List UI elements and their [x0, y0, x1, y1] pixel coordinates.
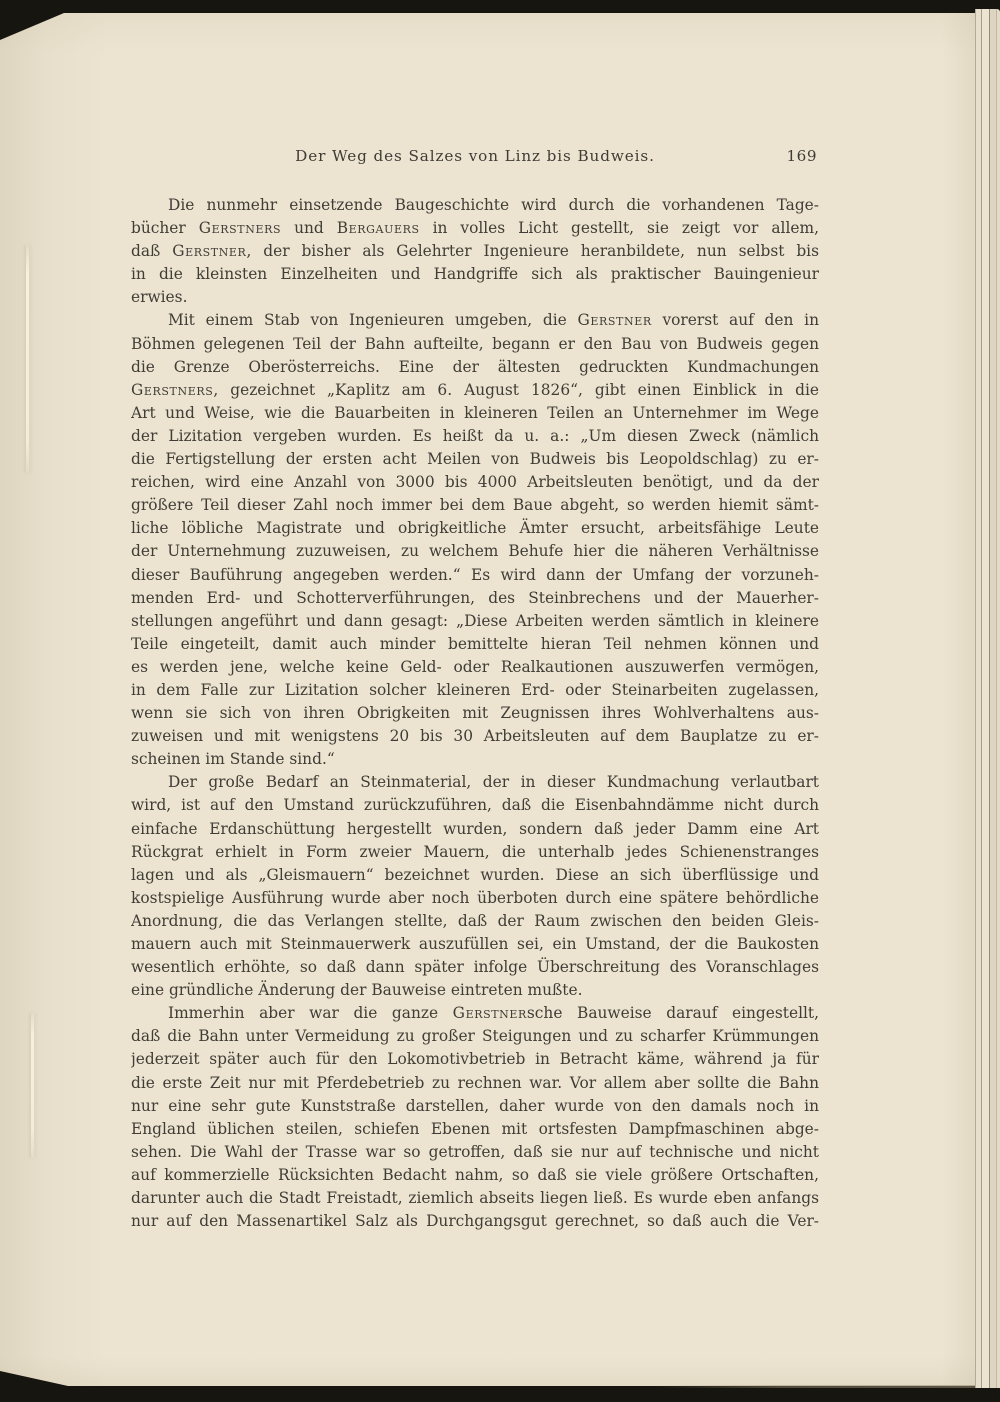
text-line: der Lizitation vergeben wurden. Es heißt…	[131, 425, 819, 448]
text-line: wird, ist auf den Umstand zurückzuführen…	[131, 794, 819, 817]
text-line: es werden jene, welche keine Geld- oder …	[131, 656, 819, 679]
text-line: in dem Falle zur Lizitation solcher klei…	[131, 679, 819, 702]
text-line: menden Erd- und Schotterverführungen, de…	[131, 587, 819, 610]
text-block: Die nunmehr einsetzende Baugeschichte wi…	[131, 194, 819, 1233]
text-line: wenn sie sich von ihren Obrigkeiten mit …	[131, 702, 819, 725]
paragraph: Die nunmehr einsetzende Baugeschichte wi…	[131, 194, 819, 309]
text-line: daß Gerstner, der bisher als Gelehrter I…	[131, 240, 819, 263]
book-page: Der Weg des Salzes von Linz bis Budweis.…	[0, 13, 975, 1386]
text-line: kostspielige Ausführung wurde aber noch …	[131, 887, 819, 910]
text-line: lagen und als „Gleismauern“ bezeichnet w…	[131, 864, 819, 887]
text-line: sehen. Die Wahl der Trasse war so getrof…	[131, 1141, 819, 1164]
paper-crease	[26, 245, 29, 473]
text-line: wesentlich erhöhte, so daß dann später i…	[131, 956, 819, 979]
small-caps-name: Bergauers	[337, 219, 420, 237]
small-caps-name: Gerstners	[199, 219, 281, 237]
text-line: Art und Weise, wie die Bauarbeiten in kl…	[131, 402, 819, 425]
page-edge-stack-bottom	[655, 1385, 975, 1388]
text-line: in die kleinsten Einzelheiten und Handgr…	[131, 263, 819, 286]
small-caps-name: Gerstners	[131, 381, 213, 399]
text-line: Teile eingeteilt, damit auch minder bemi…	[131, 633, 819, 656]
text-line: zuweisen und mit wenigstens 20 bis 30 Ar…	[131, 725, 819, 748]
text-line: die Fertigstellung der ersten acht Meile…	[131, 448, 819, 471]
text-line: nur eine sehr gute Kunststraße darstelle…	[131, 1095, 819, 1118]
text-line: daß die Bahn unter Vermeidung zu großer …	[131, 1025, 819, 1048]
text-line: England üblichen steilen, schiefen Ebene…	[131, 1118, 819, 1141]
small-caps-name: Gerstner	[453, 1004, 527, 1022]
text-line: Die nunmehr einsetzende Baugeschichte wi…	[131, 194, 819, 217]
text-line: Der große Bedarf an Steinmaterial, der i…	[131, 771, 819, 794]
text-line: Anordnung, die das Verlangen stellte, da…	[131, 910, 819, 933]
small-caps-name: Gerstner	[172, 242, 246, 260]
text-line: jederzeit später auch für den Lokomotivb…	[131, 1048, 819, 1071]
paragraph: Der große Bedarf an Steinmaterial, der i…	[131, 771, 819, 1002]
paper-crease	[31, 1013, 34, 1158]
text-line: liche löbliche Magistrate und obrigkeitl…	[131, 517, 819, 540]
text-line: die erste Zeit nur mit Pferdebetrieb zu …	[131, 1072, 819, 1095]
small-caps-name: Gerstner	[578, 311, 652, 329]
text-line: Immerhin aber war die ganze Gerstnersche…	[131, 1002, 819, 1025]
text-line: Gerstners, gezeichnet „Kaplitz am 6. Aug…	[131, 379, 819, 402]
text-line: stellungen angeführt und dann gesagt: „D…	[131, 610, 819, 633]
paragraph: Mit einem Stab von Ingenieuren umgeben, …	[131, 309, 819, 771]
text-line: der Unternehmung zuzuweisen, zu welchem …	[131, 540, 819, 563]
scanned-book-photo: Der Weg des Salzes von Linz bis Budweis.…	[0, 0, 1000, 1402]
text-line: Rückgrat erhielt in Form zweier Mauern, …	[131, 841, 819, 864]
text-line: bücher Gerstners und Bergauers in volles…	[131, 217, 819, 240]
text-line: einfache Erdanschüttung hergestellt wurd…	[131, 818, 819, 841]
text-line: erwies.	[131, 286, 819, 309]
paragraph: Immerhin aber war die ganze Gerstnersche…	[131, 1002, 819, 1233]
page-edge-stack	[975, 9, 1000, 1388]
running-title: Der Weg des Salzes von Linz bis Budweis.	[131, 147, 819, 165]
text-line: mauern auch mit Steinmauerwerk auszufüll…	[131, 933, 819, 956]
text-line: Mit einem Stab von Ingenieuren umgeben, …	[131, 309, 819, 332]
text-line: dieser Bauführung angegeben werden.“ Es …	[131, 564, 819, 587]
text-line: reichen, wird eine Anzahl von 3000 bis 4…	[131, 471, 819, 494]
page-header: Der Weg des Salzes von Linz bis Budweis.…	[131, 147, 819, 169]
text-line: größere Teil dieser Zahl noch immer bei …	[131, 494, 819, 517]
text-line: nur auf den Massenartikel Salz als Durch…	[131, 1210, 819, 1233]
text-line: scheinen im Stande sind.“	[131, 748, 819, 771]
page-number: 169	[787, 147, 818, 165]
text-line: darunter auch die Stadt Freistadt, zieml…	[131, 1187, 819, 1210]
text-line: Böhmen gelegenen Teil der Bahn aufteilte…	[131, 333, 819, 356]
text-line: die Grenze Oberösterreichs. Eine der ält…	[131, 356, 819, 379]
text-line: auf kommerzielle Rücksichten Bedacht nah…	[131, 1164, 819, 1187]
text-line: eine gründliche Änderung der Bauweise ei…	[131, 979, 819, 1002]
